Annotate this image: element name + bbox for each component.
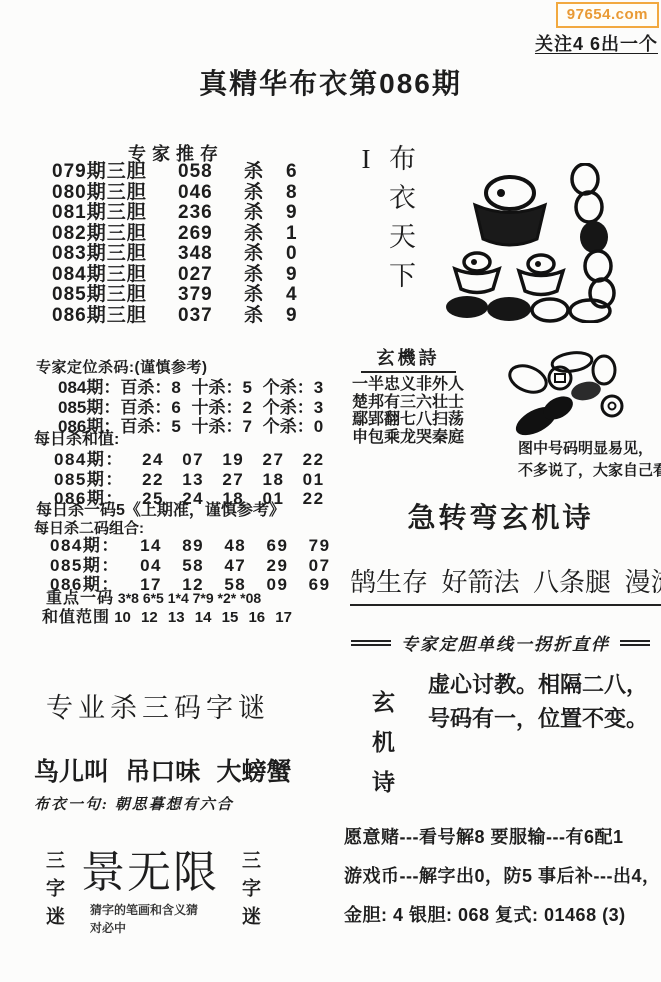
buyi-one-sentence: 布衣一句: 朝思暮想有六合 — [34, 793, 234, 814]
kill-label: 杀 — [244, 265, 286, 286]
gold-ingot-small-left-icon — [455, 253, 499, 293]
dan-cell: 046 — [178, 183, 244, 204]
section-title: 每日杀和值: — [34, 426, 325, 449]
three-code-riddle-title: 专业杀三码字谜 — [46, 686, 270, 725]
prediction-line: 金胆: 4 银胆: 068 复式: 01468 (3) — [344, 896, 661, 935]
dan-cell: 348 — [178, 244, 244, 265]
bean-row-icon — [446, 296, 610, 322]
black-peanut-icon — [511, 392, 576, 441]
three-char-riddle-answer: 景无限 — [74, 836, 226, 900]
gold-ingot-small-right-icon — [519, 255, 563, 295]
poem-line: 号码有一，位置不变。 — [428, 702, 648, 736]
kill-digit: 0 — [286, 244, 298, 265]
section-title: 专家定位杀码:(谨慎参考) — [36, 356, 323, 377]
poem-line: 鄢郢翻七八扫荡 — [340, 411, 476, 429]
double-line-left — [351, 640, 391, 646]
kill-digit: 4 — [286, 285, 298, 306]
poem-line: 楚邦有三六壮士 — [340, 394, 476, 412]
kill-digit: 9 — [286, 203, 298, 224]
list-item: 084期：百杀：8 十杀：5 个杀：3 — [58, 379, 323, 397]
three-char-riddle-note: 猜字的笔画和含义猜 对必中 — [90, 901, 198, 937]
sharp-turn-poem-title: 急转弯玄机诗 — [340, 496, 661, 536]
dan-cell: 269 — [178, 224, 244, 245]
kill-digit: 9 — [286, 306, 298, 327]
focus-note: 关注4 6出一个 — [535, 30, 658, 56]
expert-dan-divider: 专家定胆单线一拐折直伴 — [340, 630, 661, 655]
divider-text: 专家定胆单线一拐折直伴 — [401, 630, 610, 655]
coin-right-icon — [602, 396, 622, 416]
position-kill-section: 专家定位杀码:(谨慎参考) 084期：百杀：8 十杀：5 个杀：3 085期：百… — [36, 356, 323, 436]
table-row: 081期三胆236杀9 — [52, 203, 298, 224]
mystic-poem-title: 玄機詩 — [361, 344, 456, 373]
period-cell: 081期三胆 — [52, 203, 178, 224]
kill-digit: 8 — [286, 183, 298, 204]
ingots-beans-picture — [435, 163, 635, 323]
kill-label: 杀 — [244, 306, 286, 327]
gold-ingot-large-icon — [475, 177, 545, 245]
kill-label: 杀 — [244, 224, 286, 245]
left-column: 专家推存 079期三胆058杀6 080期三胆046杀8 081期三胆236杀9… — [30, 138, 332, 982]
table-row: 080期三胆046杀8 — [52, 183, 298, 204]
right-column: 布衣天下I — [340, 138, 661, 982]
period-cell: 086期三胆 — [52, 306, 178, 327]
period-cell: 085期三胆 — [52, 285, 178, 306]
sharp-turn-poem-line: 鹄生存 好箭法 八条腿 漫流连 — [350, 562, 661, 606]
mystic-poem-vertical-label: 玄机诗 — [366, 690, 399, 810]
kill-digit: 1 — [286, 224, 298, 245]
double-line-right — [620, 640, 650, 646]
mystic-poem-section: 玄機詩 一半忠义非外人 楚邦有三六壮士 鄢郢翻七八扫荡 申包乘龙哭秦庭 — [340, 344, 476, 446]
poem-line: 申包乘龙哭秦庭 — [340, 429, 476, 447]
bottom-predictions: 愿意赌---看号解8 要服输---有6配1 游戏币---解字出0，防5 事后补-… — [344, 818, 661, 935]
table-row: 083期三胆348杀0 — [52, 244, 298, 265]
picture-note: 图中号码明显易见， 不多说了，大家自己看 — [518, 438, 661, 482]
coins-beans-picture — [500, 348, 650, 448]
period-cell: 079期三胆 — [52, 162, 178, 183]
riddle-words: 鸟儿叫 吊口味 大螃蟹 — [34, 752, 292, 788]
kill-label: 杀 — [244, 244, 286, 265]
daily-sum-kill-section: 每日杀和值: 084期： 24 07 19 27 22 085期： 22 13 … — [34, 426, 325, 508]
period-cell: 083期三胆 — [52, 244, 178, 265]
kill-digit: 9 — [286, 265, 298, 286]
kill-label: 杀 — [244, 203, 286, 224]
dan-cell: 379 — [178, 285, 244, 306]
list-item: 085期： 22 13 27 18 01 — [54, 471, 325, 489]
site-watermark-badge: 97654.com — [556, 2, 659, 28]
note-line: 图中号码明显易见， — [518, 438, 661, 460]
bean-chain-icon — [572, 164, 614, 307]
kill-label: 杀 — [244, 162, 286, 183]
dan-cell: 037 — [178, 306, 244, 327]
kill-label: 杀 — [244, 183, 286, 204]
dan-cell: 236 — [178, 203, 244, 224]
period-cell: 082期三胆 — [52, 224, 178, 245]
table-row: 079期三胆058杀6 — [52, 162, 298, 183]
sum-range-label: 和值范围 — [42, 609, 110, 626]
page-title: 真精华布衣第086期 — [0, 62, 661, 102]
dan-cell: 058 — [178, 162, 244, 183]
sum-range-line: 和值范围 10 12 13 14 15 16 17 — [42, 604, 292, 627]
table-row: 084期三胆027杀9 — [52, 265, 298, 286]
list-item: 085期：百杀：6 十杀：2 个杀：3 — [58, 399, 323, 417]
poem-line: 一半忠义非外人 — [340, 376, 476, 394]
kill-digit: 6 — [286, 162, 298, 183]
table-row: 085期三胆379杀4 — [52, 285, 298, 306]
dan-cell: 027 — [178, 265, 244, 286]
buyi-tianxia-vertical-title: 布衣天下I — [350, 144, 420, 329]
list-item: 084期： 14 89 48 69 79 — [50, 537, 331, 555]
note-line: 不多说了，大家自己看 — [518, 460, 661, 482]
table-row: 086期三胆037杀9 — [52, 306, 298, 327]
kill-label: 杀 — [244, 285, 286, 306]
period-cell: 080期三胆 — [52, 183, 178, 204]
note-line: 对必中 — [90, 919, 198, 937]
table-row: 082期三胆269杀1 — [52, 224, 298, 245]
sum-range-values: 10 12 13 14 15 16 17 — [114, 609, 292, 626]
prediction-line: 游戏币---解字出0，防5 事后补---出4，防3 — [344, 857, 661, 896]
note-line: 猜字的笔画和含义猜 — [90, 901, 198, 919]
list-item: 084期： 24 07 19 27 22 — [54, 451, 325, 469]
three-char-riddle-label-right: 三字迷 — [236, 850, 263, 960]
list-item: 085期： 04 58 47 29 07 — [50, 557, 331, 575]
three-char-riddle-label-left: 三字迷 — [40, 850, 67, 960]
prediction-line: 愿意赌---看号解8 要服输---有6配1 — [344, 818, 661, 857]
period-cell: 084期三胆 — [52, 265, 178, 286]
mystic-poem-text: 虚心讨教。相隔二八， 号码有一，位置不变。 — [428, 668, 648, 736]
poem-line: 虚心讨教。相隔二八， — [428, 668, 648, 702]
lottery-tip-sheet: 97654.com 关注4 6出一个 真精华布衣第086期 专家推存 079期三… — [0, 0, 661, 982]
expert-recommend-table: 079期三胆058杀6 080期三胆046杀8 081期三胆236杀9 082期… — [52, 162, 298, 326]
